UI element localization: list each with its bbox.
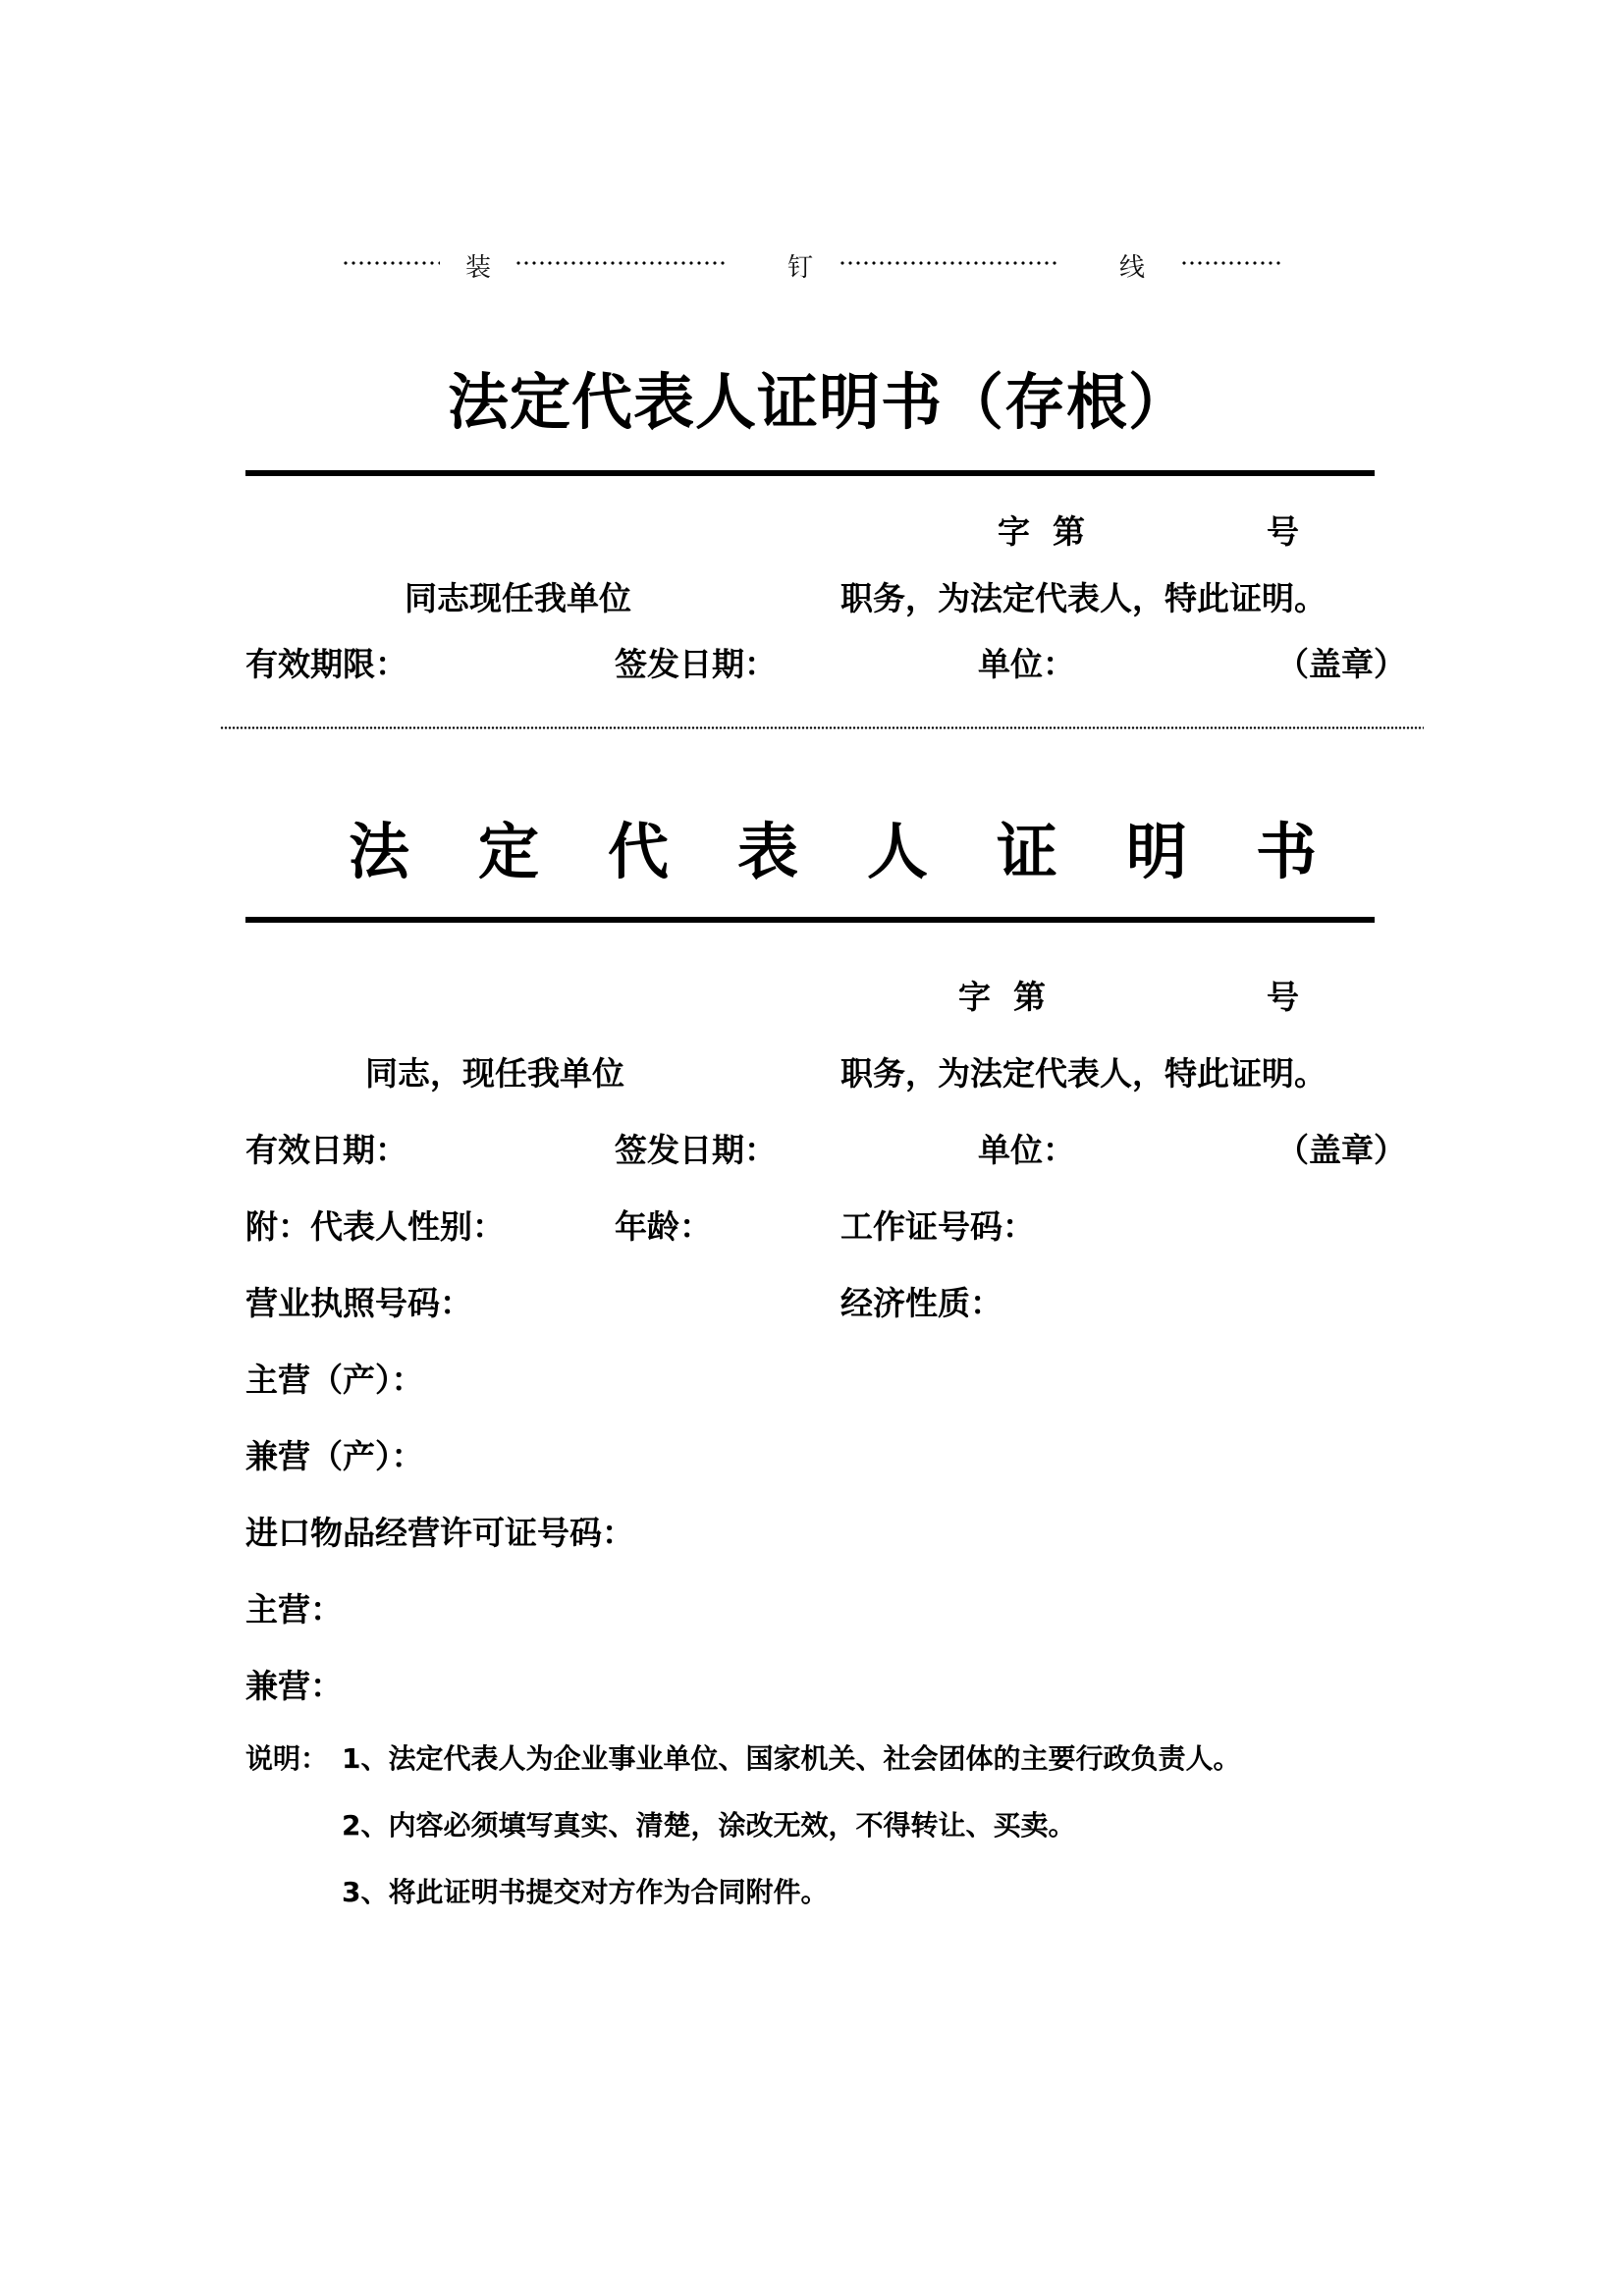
cert-unit-label: 单位： — [978, 1131, 1075, 1170]
main-label: 主营： — [245, 1590, 343, 1629]
cert-statement-left: 同志，现任我单位 — [365, 1054, 624, 1094]
import-permit-label: 进口物品经营许可证号码： — [245, 1514, 634, 1553]
cert-seal-label: （盖章） — [1276, 1131, 1406, 1170]
cert-number-di: 第 — [1013, 978, 1046, 1017]
gender-label: 附：代表人性别： — [245, 1207, 505, 1247]
title-char: 证 — [997, 803, 1057, 890]
notes-heading: 说明： — [245, 1742, 328, 1776]
stub-number-zi: 字 — [998, 512, 1030, 552]
side-label: 兼营： — [245, 1667, 343, 1706]
cert-number-zi: 字 — [958, 978, 991, 1017]
title-char: 法 — [349, 803, 409, 890]
stub-statement-right: 职务，为法定代表人，特此证明。 — [840, 579, 1326, 618]
title-char: 表 — [737, 803, 798, 890]
cert-validity-label: 有效日期： — [245, 1131, 407, 1170]
stub-number-di: 第 — [1053, 512, 1085, 552]
binding-char-xian: 线 — [1119, 247, 1145, 284]
dotted-leader — [342, 261, 440, 265]
stub-title-rule — [245, 470, 1375, 476]
title-char: 定 — [478, 803, 539, 890]
title-char: 代 — [608, 803, 669, 890]
certificate-title-rule — [245, 917, 1375, 923]
dotted-leader — [839, 261, 1060, 265]
title-char: 明 — [1126, 803, 1187, 890]
stub-number-hao: 号 — [1267, 512, 1299, 552]
note-item: 1、法定代表人为企业事业单位、国家机关、社会团体的主要行政负责人。 — [342, 1742, 1241, 1776]
stub-validity-label: 有效期限： — [245, 645, 407, 684]
age-label: 年龄： — [615, 1207, 712, 1247]
cert-statement-right: 职务，为法定代表人，特此证明。 — [840, 1054, 1326, 1094]
title-char: 书 — [1256, 803, 1317, 890]
stub-title: 法定代表人证明书（存根） — [448, 353, 1190, 441]
work-id-label: 工作证号码： — [840, 1207, 1035, 1247]
business-license-label: 营业执照号码： — [245, 1284, 472, 1323]
stub-seal-label: （盖章） — [1276, 645, 1406, 684]
stub-statement-left: 同志现任我单位 — [405, 579, 631, 618]
binding-char-ding: 钉 — [787, 247, 813, 284]
note-item: 2、内容必须填写真实、清楚，涂改无效，不得转让、买卖。 — [342, 1809, 1076, 1842]
dotted-leader — [1180, 261, 1280, 265]
stub-issue-date-label: 签发日期： — [615, 645, 777, 684]
title-char: 人 — [867, 803, 928, 890]
stub-unit-label: 单位： — [978, 645, 1075, 684]
cert-number-hao: 号 — [1267, 978, 1299, 1017]
main-business-label: 主营（产）： — [245, 1361, 424, 1400]
note-item: 3、将此证明书提交对方作为合同附件。 — [342, 1876, 829, 1909]
side-business-label: 兼营（产）： — [245, 1437, 424, 1476]
dotted-leader — [514, 261, 729, 265]
cert-issue-date-label: 签发日期： — [615, 1131, 777, 1170]
economic-nature-label: 经济性质： — [840, 1284, 1002, 1323]
binding-char-zhuang: 装 — [465, 247, 491, 284]
tear-off-dotted-line — [220, 726, 1424, 729]
binding-line: 装 钉 线 — [342, 247, 1280, 277]
